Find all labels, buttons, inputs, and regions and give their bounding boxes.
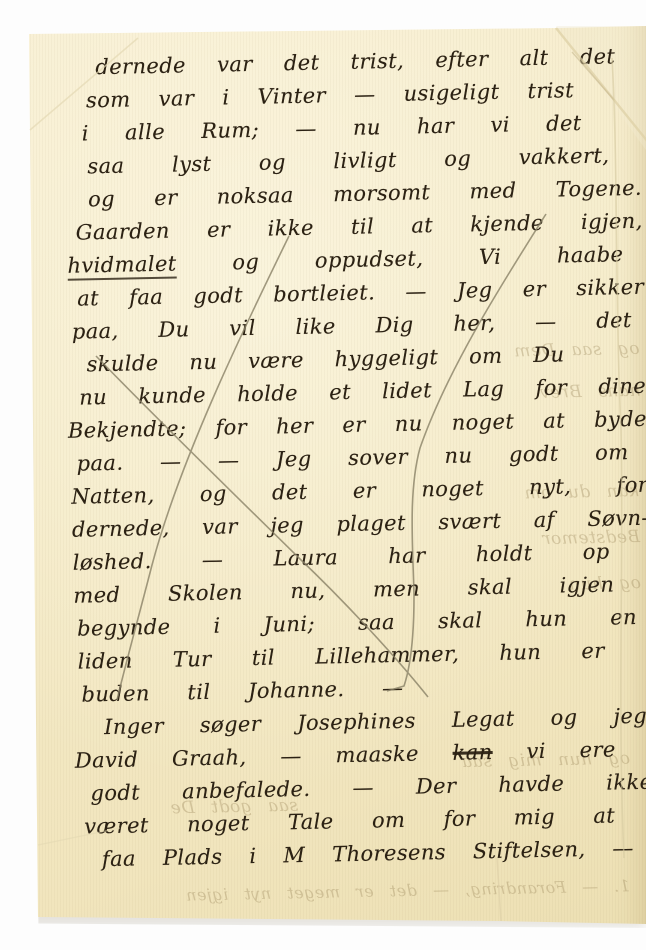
line-text: David Graah, — maaske bbox=[75, 742, 419, 773]
crossed-out-word: kan bbox=[452, 740, 492, 765]
scanned-letter-page: og saa Dem hans Brev kan du om Bedstemor… bbox=[0, 0, 646, 950]
line-text: vi ere bbox=[526, 737, 616, 763]
letter-text-block: dernede var det trist, efter alt det som… bbox=[55, 40, 646, 877]
line-text: og oppudset, Vi haabe bbox=[232, 242, 624, 274]
underlined-word: hvidmalet bbox=[67, 252, 177, 281]
